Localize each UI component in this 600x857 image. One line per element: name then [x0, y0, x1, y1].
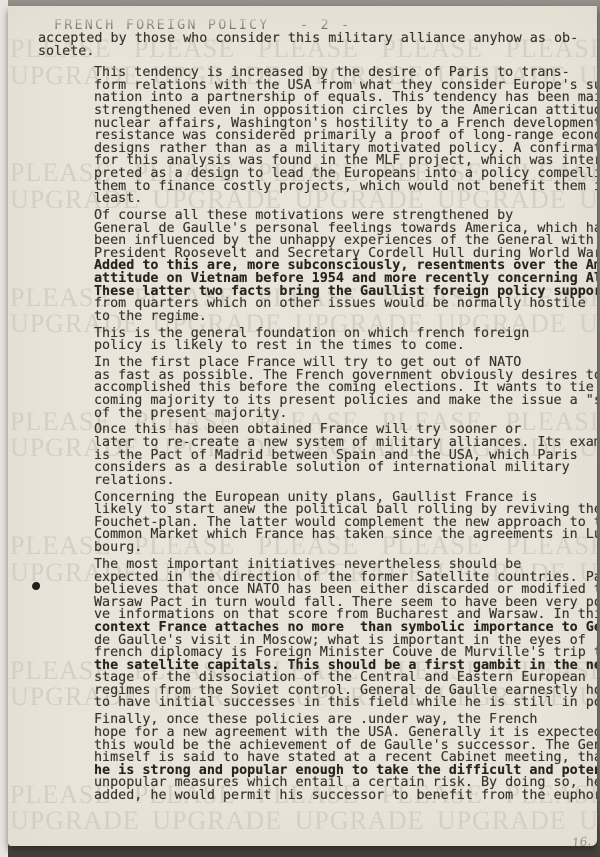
text-line: bourg.: [38, 542, 597, 555]
paragraph: In the first place France will try to ge…: [38, 357, 597, 420]
text-line: relations.: [38, 475, 597, 488]
scan-left-edge: [0, 0, 8, 857]
paragraph: Concerning the European unity plans, Gau…: [38, 492, 597, 555]
text-line: accepted by those who consider this mili…: [38, 33, 597, 46]
text-line: least.: [38, 193, 597, 206]
text-line: added, he would permit his successor to …: [38, 790, 597, 803]
text-line: of the present majority.: [38, 408, 597, 421]
paragraph: This tendency is increased by the desire…: [38, 67, 597, 206]
text-line: to the regime.: [38, 311, 597, 324]
text-line: policy is likely to rest in the times to…: [38, 340, 597, 353]
paragraph: The most important initiatives neverthel…: [38, 559, 597, 710]
paragraph: This is the general foundation on which …: [38, 328, 597, 353]
text-block: accepted by those who consider this mili…: [38, 33, 597, 807]
typed-content: FRENCH FOREIGN POLICY - 2 - accepted by …: [8, 6, 597, 846]
paragraph: Of course all these motivations were str…: [38, 210, 597, 323]
text-line: solete.: [38, 46, 597, 59]
margin-ink-dot: [32, 582, 40, 590]
handwritten-page-mark: 16.: [571, 834, 591, 846]
text-line: to have initial successes in this field …: [38, 697, 597, 710]
paragraph: Once this has been obtained France will …: [38, 424, 597, 487]
document-page: PLEASE PLEASE PLEASE PLEASE PLEASEUPGRAD…: [8, 6, 597, 846]
scanned-document: PLEASE PLEASE PLEASE PLEASE PLEASEUPGRAD…: [0, 0, 600, 857]
paragraph: Finally, once these policies are .under …: [38, 714, 597, 802]
paragraph: accepted by those who consider this mili…: [38, 33, 597, 58]
